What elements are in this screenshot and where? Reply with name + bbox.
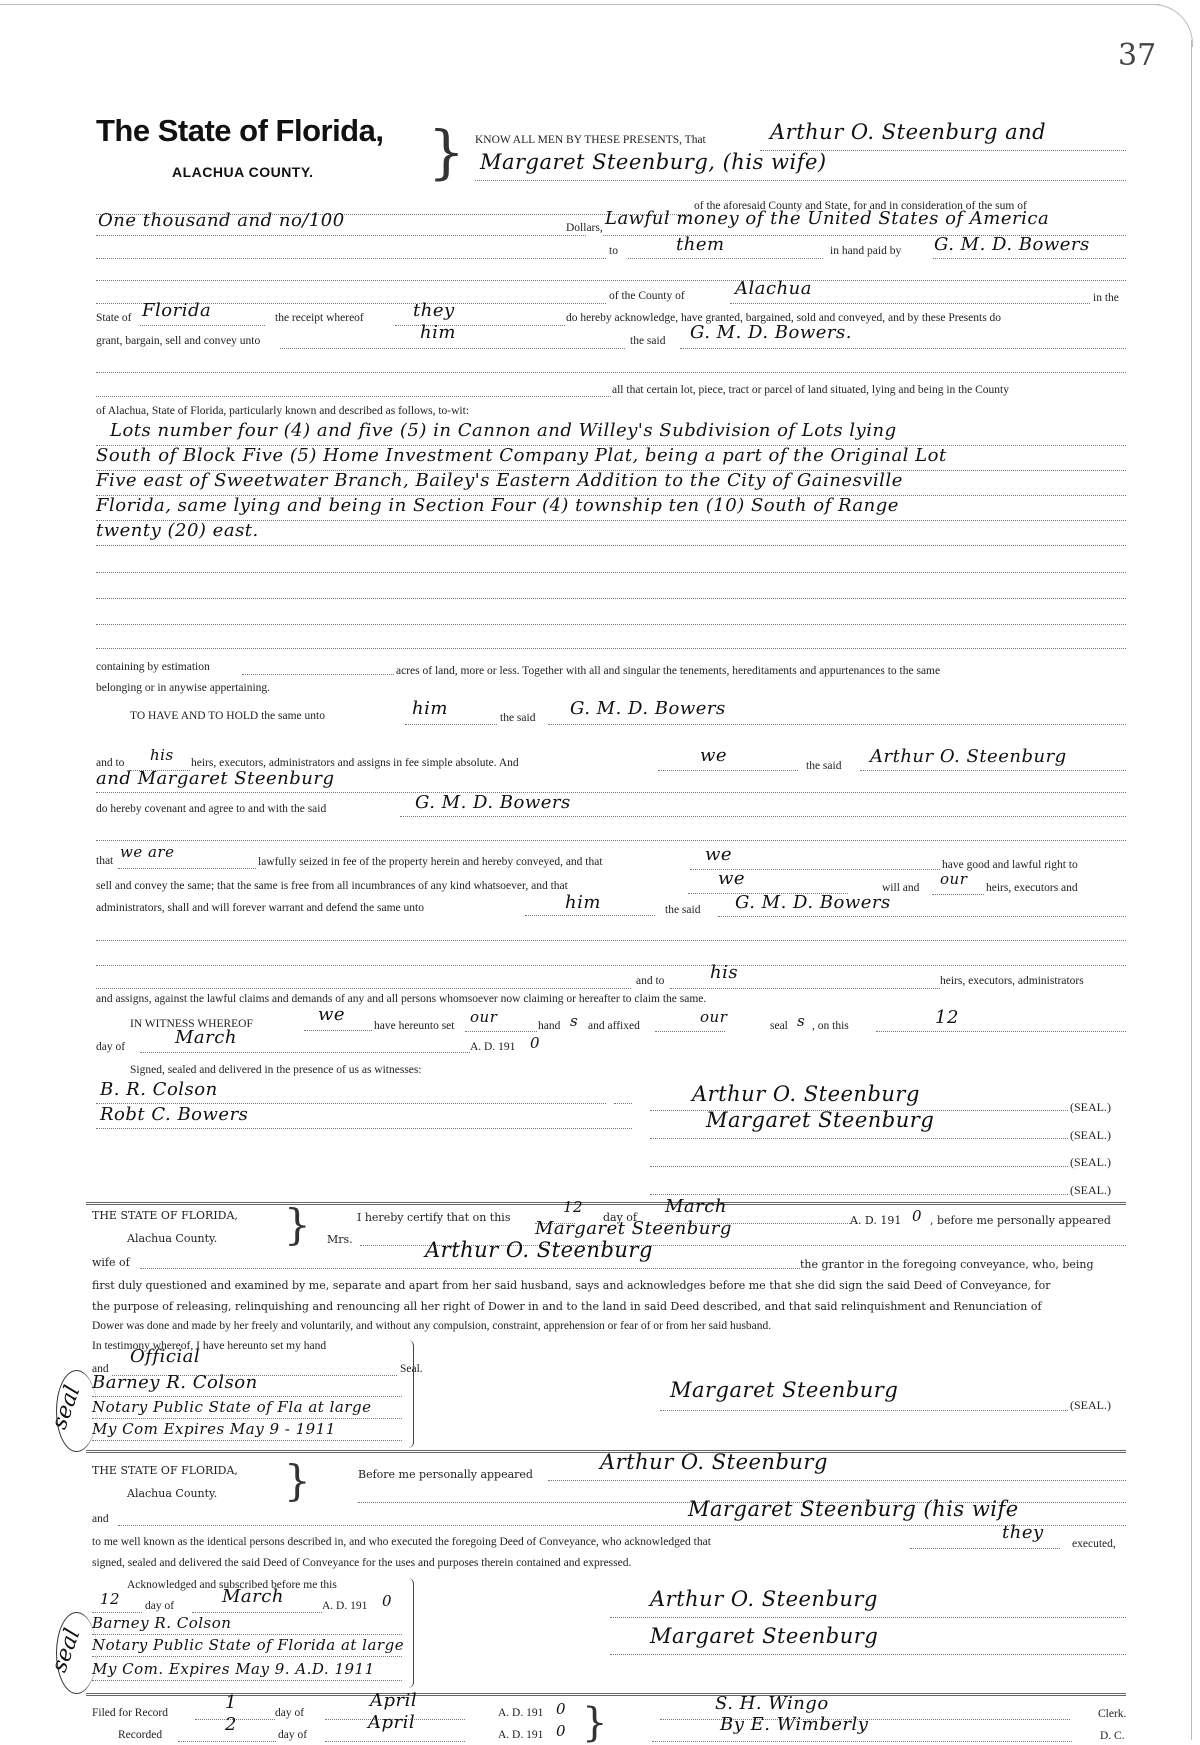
of-alachua-text: of Alachua, State of Florida, particular… <box>96 405 469 417</box>
witness-line-1b <box>614 1103 632 1104</box>
deed-page: 37 The State of Florida, ALACHUA COUNTY.… <box>0 0 1200 1745</box>
habendum-grantee-handwritten: G. M. D. Bowers <box>570 698 726 719</box>
notary-title-1: Notary Public State of Fla at large <box>92 1398 371 1416</box>
dc-label: D. C. <box>1100 1730 1125 1742</box>
mrs-label: Mrs. <box>327 1233 353 1246</box>
section-divider <box>86 1202 1126 1205</box>
to-line <box>628 258 823 259</box>
to-have-label: TO HAVE AND TO HOLD the same unto <box>130 710 325 722</box>
grantors-handwritten-2: Margaret Steenburg, (his wife) <box>480 150 827 174</box>
recorded-day-of-label: day of <box>278 1729 307 1741</box>
receipt-handwritten: they <box>413 300 455 321</box>
state-line <box>140 325 265 326</box>
ack-notary-bracket <box>405 1578 414 1688</box>
filed-month-handwritten: April <box>370 1690 417 1711</box>
dower-county-heading: Alachua County. <box>127 1232 217 1245</box>
ack-day-of-label: day of <box>145 1600 174 1612</box>
paid-by-label: in hand paid by <box>830 245 901 257</box>
blank-line <box>96 988 631 989</box>
page-edge-right <box>1191 40 1192 1740</box>
ack-day-line <box>92 1612 142 1613</box>
description-handwritten-3: Five east of Sweetwater Branch, Bailey's… <box>96 470 903 491</box>
appeared-line <box>548 1480 1126 1481</box>
description-line <box>96 545 1126 546</box>
grant-handwritten: him <box>420 322 456 343</box>
grantee-handwritten: G. M. D. Bowers. <box>690 322 852 343</box>
and-to-2-label: and to <box>636 975 664 987</box>
our-handwritten-2: our <box>700 1008 727 1026</box>
dower-state-heading: THE STATE OF FLORIDA, <box>92 1209 238 1222</box>
that-line <box>118 868 256 869</box>
ack-ad-label: A. D. 191 <box>322 1600 367 1612</box>
to-handwritten: them <box>676 234 725 255</box>
ack-signed-text: signed, sealed and delivered the said De… <box>92 1557 631 1569</box>
ack-signature-line-1 <box>610 1617 1126 1618</box>
grantors-handwritten-1: Arthur O. Steenburg and <box>770 120 1046 144</box>
ack-notary-expiry: My Com. Expires May 9. A.D. 1911 <box>92 1660 375 1678</box>
heirs-exec-text: heirs, executors and <box>986 882 1078 894</box>
ack-county-heading: Alachua County. <box>127 1487 217 1500</box>
that-label: that <box>96 855 113 867</box>
witness-we-handwritten: we <box>318 1004 345 1025</box>
covenant-label: do hereby covenant and agree to and with… <box>96 803 326 815</box>
notary-line-1 <box>92 1396 402 1397</box>
ack-and-line <box>118 1525 1126 1526</box>
dower-brace-icon: } <box>284 1200 311 1249</box>
clerk-signature: S. H. Wingo <box>715 1693 829 1714</box>
month-handwritten: March <box>175 1027 237 1048</box>
the-said-label: the said <box>500 712 535 724</box>
official-handwritten: Official <box>130 1346 200 1367</box>
of-county-label: of the County of <box>609 290 685 302</box>
admin-text: administrators, shall and will forever w… <box>96 902 424 914</box>
blank-line <box>96 598 1126 599</box>
all-that-text: all that certain lot, piece, tract or pa… <box>612 384 1009 396</box>
recorded-label: Recorded <box>118 1729 162 1741</box>
amount-line <box>96 235 586 236</box>
state-of-label: State of <box>96 312 131 324</box>
recorded-year-handwritten: 0 <box>556 1722 566 1740</box>
recorded-month-handwritten: April <box>368 1712 415 1733</box>
acres-line <box>242 674 394 675</box>
hand-s-handwritten: s <box>570 1012 578 1030</box>
said-label: the said <box>806 760 841 772</box>
seal-s-handwritten: s <box>797 1012 805 1030</box>
description-handwritten-4: Florida, same lying and being in Section… <box>96 495 899 516</box>
filed-year-handwritten: 0 <box>556 1700 566 1718</box>
dower-signature: Margaret Steenburg <box>670 1378 898 1402</box>
ack-signature-line-2 <box>610 1654 1126 1655</box>
covenant-handwritten: G. M. D. Bowers <box>415 792 571 813</box>
covenant-line <box>400 816 1126 817</box>
mrs-handwritten: Margaret Steenburg <box>535 1218 732 1239</box>
county-heading: ALACHUA COUNTY. <box>172 164 314 180</box>
said-line-2 <box>96 792 1126 793</box>
ack-day-handwritten: 12 <box>100 1590 120 1608</box>
witness-signature-1: B. R. Colson <box>100 1079 218 1100</box>
ack-brace-icon: } <box>284 1456 311 1505</box>
recorded-ad-label: A. D. 191 <box>498 1729 543 1741</box>
page-corner <box>1150 4 1193 47</box>
admin-grantee-handwritten: G. M. D. Bowers <box>735 892 891 913</box>
they-line <box>910 1548 1060 1549</box>
they-handwritten: they <box>1002 1522 1044 1543</box>
before-me-label: Before me personally appeared <box>358 1468 533 1481</box>
certify-month-handwritten: March <box>665 1196 727 1217</box>
ack-notary-line-3 <box>92 1680 402 1681</box>
our-line-1 <box>465 1031 537 1032</box>
state-handwritten: Florida <box>142 300 211 321</box>
recorded-day-line <box>178 1741 276 1742</box>
description-handwritten-2: South of Block Five (5) Home Investment … <box>96 445 947 466</box>
seized-handwritten: we <box>705 844 732 865</box>
dower-para-2: the purpose of releasing, relinquishing … <box>92 1300 1042 1313</box>
appeared-handwritten: Arthur O. Steenburg <box>600 1450 828 1474</box>
assigns-text: and assigns, against the lawful claims a… <box>96 993 706 1005</box>
signer-signature-1: Arthur O. Steenburg <box>692 1082 920 1106</box>
paid-by-handwritten: G. M. D. Bowers <box>934 234 1090 255</box>
signer-line-4 <box>650 1194 1068 1195</box>
ack-notary-title: Notary Public State of Florida at large <box>92 1636 404 1654</box>
ack-state-heading: THE STATE OF FLORIDA, <box>92 1464 238 1477</box>
and-to-2-line <box>670 988 940 989</box>
have-set-label: have hereunto set <box>374 1020 454 1032</box>
dc-signature: By E. Wimberly <box>720 1714 868 1735</box>
witness-line-2 <box>96 1128 632 1129</box>
currency-handwritten: Lawful money of the United States of Ame… <box>605 208 1049 229</box>
filed-day-of-label: day of <box>275 1707 304 1719</box>
paid-by-line <box>933 258 1126 259</box>
blank-line <box>96 280 1126 281</box>
filed-label: Filed for Record <box>92 1707 168 1719</box>
grantors-line-2 <box>475 180 1126 181</box>
day-of-label: day of <box>96 1041 125 1053</box>
containing-label: containing by estimation <box>96 661 210 673</box>
seal-label-2: (SEAL.) <box>1070 1128 1111 1143</box>
ack-signature-2: Margaret Steenburg <box>650 1624 878 1648</box>
grantee-line <box>680 348 1126 349</box>
ack-and-handwritten: Margaret Steenburg (his wife <box>688 1497 1019 1521</box>
page-number: 37 <box>1118 38 1156 73</box>
certify-year-handwritten: 0 <box>912 1207 922 1225</box>
grant-line <box>280 348 625 349</box>
to-label: to <box>609 245 618 257</box>
and-line <box>658 770 798 771</box>
grantee-line <box>548 724 1126 725</box>
description-handwritten-5: twenty (20) east. <box>96 520 259 541</box>
dower-para-3: Dower was done and made by her freely an… <box>92 1320 771 1332</box>
know-all-men-label: KNOW ALL MEN BY THESE PRESENTS, That <box>475 134 706 146</box>
will-handwritten: our <box>940 870 967 888</box>
to-have-line <box>405 724 497 725</box>
ack-month-line <box>192 1612 322 1613</box>
blank-line <box>96 396 611 397</box>
acres-text: acres of land, more or less. Together wi… <box>396 665 940 677</box>
admin-handwritten: him <box>565 892 601 913</box>
admin-line <box>525 915 655 916</box>
recording-brace-icon: } <box>582 1700 607 1745</box>
our-line-2 <box>655 1031 725 1032</box>
the-said-label: the said <box>630 335 665 347</box>
document-title: The State of Florida, <box>96 113 383 149</box>
said-handwritten-2: and Margaret Steenburg <box>96 768 335 789</box>
certify-ad-label: A. D. 191 <box>850 1214 901 1227</box>
seal-label-3: (SEAL.) <box>1070 1155 1111 1170</box>
belonging-text: belonging or in anywise appertaining. <box>96 682 270 694</box>
blank-line <box>96 572 1126 573</box>
receipt-label: the receipt whereof <box>275 312 364 324</box>
dower-signature-line <box>660 1410 1068 1411</box>
executed-label: executed, <box>1072 1538 1116 1550</box>
blank-line <box>96 258 606 259</box>
wife-of-handwritten: Arthur O. Steenburg <box>425 1238 653 1262</box>
dc-line <box>652 1741 1072 1742</box>
witness-signature-2: Robt C. Bowers <box>100 1104 248 1125</box>
our-handwritten-1: our <box>470 1008 497 1026</box>
day-handwritten: 12 <box>935 1007 959 1028</box>
recorded-day-handwritten: 2 <box>225 1714 237 1735</box>
year-digit-handwritten: 0 <box>530 1034 540 1052</box>
grant-text: grant, bargain, sell and convey unto <box>96 335 260 347</box>
blank-line <box>96 840 1126 841</box>
seal-word: seal <box>770 1020 788 1032</box>
affixed-label: and affixed <box>588 1020 640 1032</box>
that-handwritten: we are <box>120 843 174 861</box>
day-line <box>876 1031 1126 1032</box>
admin-grantee-line <box>718 916 1126 917</box>
blank-line <box>96 940 1126 941</box>
witness-we-line <box>304 1030 372 1031</box>
grantor-text: the grantor in the foregoing conveyance,… <box>800 1258 1094 1271</box>
ack-year-handwritten: 0 <box>382 1592 392 1610</box>
seal-label-4: (SEAL.) <box>1070 1183 1111 1198</box>
blank-line <box>96 965 1126 966</box>
filed-ad-label: A. D. 191 <box>498 1707 543 1719</box>
ack-and-label: and <box>92 1513 109 1525</box>
ack-notary-line-2 <box>92 1656 402 1657</box>
dower-seal-label: (SEAL.) <box>1070 1398 1111 1413</box>
to-have-handwritten: him <box>412 698 448 719</box>
county-line <box>730 303 1090 304</box>
section-divider-3 <box>86 1693 1126 1696</box>
sell-handwritten: we <box>718 868 745 889</box>
heirs-exec-2-text: heirs, executors, administrators <box>940 975 1084 987</box>
month-line <box>140 1052 470 1053</box>
in-the-label: in the <box>1093 292 1119 304</box>
will-line <box>932 894 984 895</box>
filed-day-handwritten: 1 <box>225 1692 237 1713</box>
sell-text: sell and convey the same; that the same … <box>96 880 568 892</box>
header-brace-icon: } <box>428 118 465 186</box>
on-this-label: , on this <box>812 1020 849 1032</box>
notary-expiry-1: My Com Expires May 9 - 1911 <box>92 1420 336 1438</box>
description-handwritten-1: Lots number four (4) and five (5) in Can… <box>110 420 897 441</box>
notary-name-1: Barney R. Colson <box>92 1372 258 1393</box>
hand-label: hand <box>538 1020 560 1032</box>
and-to-handwritten: his <box>150 746 174 764</box>
notary-line-2 <box>92 1418 402 1419</box>
dower-para-1: first duly questioned and examined by me… <box>92 1279 1050 1292</box>
said-line <box>860 770 1126 771</box>
ack-notary-line-1 <box>92 1634 402 1635</box>
wife-of-line <box>140 1268 800 1269</box>
said-handwritten-1: Arthur O. Steenburg <box>870 746 1067 767</box>
seal-label-1: (SEAL.) <box>1070 1100 1111 1115</box>
recorded-month-line <box>325 1741 465 1742</box>
testimony-text: In testimony whereof, I have hereunto se… <box>92 1340 326 1352</box>
blank-line <box>96 648 1126 649</box>
ad-label: A. D. 191 <box>470 1041 515 1053</box>
signer-signature-2: Margaret Steenburg <box>706 1108 934 1132</box>
ack-month-handwritten: March <box>222 1586 284 1607</box>
seized-text: lawfully seized in fee of the property h… <box>258 856 603 868</box>
notary-line-3 <box>92 1440 402 1441</box>
amount-handwritten: One thousand and no/100 <box>98 210 345 231</box>
before-me-text: , before me personally appeared <box>930 1214 1111 1227</box>
notary-bracket <box>405 1340 414 1448</box>
wife-of-label: wife of <box>92 1256 130 1269</box>
certify-text: I hereby certify that on this <box>357 1211 510 1224</box>
clerk-label: Clerk. <box>1098 1708 1126 1720</box>
ack-notary-name: Barney R. Colson <box>92 1614 231 1632</box>
signer-line-2 <box>650 1138 1068 1139</box>
and-handwritten: we <box>700 745 727 766</box>
county-handwritten: Alachua <box>735 278 812 299</box>
dollars-label: Dollars, <box>566 222 603 234</box>
page-edge-top <box>0 4 1160 5</box>
signed-sealed-text: Signed, sealed and delivered in the pres… <box>130 1064 422 1076</box>
admin-said-label: the said <box>665 904 700 916</box>
ack-signature-1: Arthur O. Steenburg <box>650 1587 878 1611</box>
and-to-2-handwritten: his <box>710 962 738 983</box>
blank-line <box>96 624 1126 625</box>
blank-line <box>96 372 1126 373</box>
certify-day-handwritten: 12 <box>563 1198 583 1216</box>
well-known-text: to me well known as the identical person… <box>92 1536 711 1548</box>
signer-line-3 <box>650 1166 1068 1167</box>
